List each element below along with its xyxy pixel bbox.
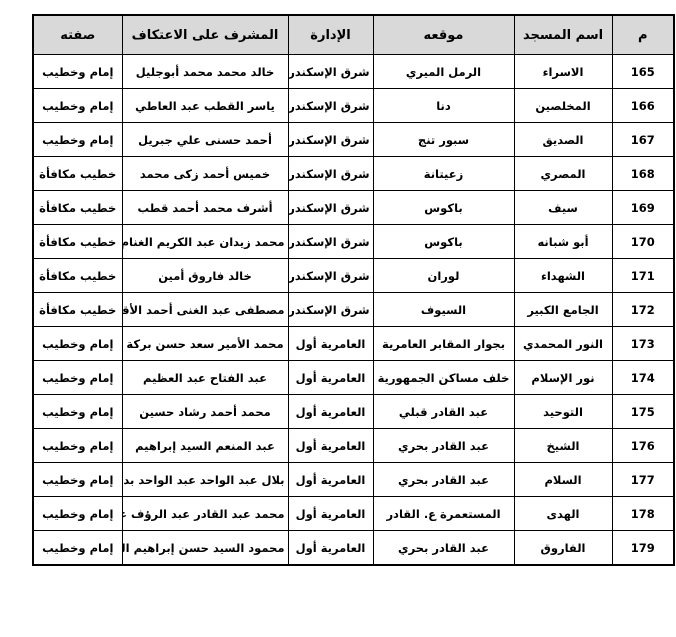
cell-mosque-name: النور المحمدي [514, 327, 612, 361]
cell-number: 176 [612, 429, 674, 463]
cell-number: 177 [612, 463, 674, 497]
cell-location: زعيتانة [373, 157, 514, 191]
cell-itikaf-supervisor: خالد فاروق أمين [122, 259, 288, 293]
cell-itikaf-supervisor: محمد أحمد رشاد حسين [122, 395, 288, 429]
cell-itikaf-supervisor: عبد المنعم السيد إبراهيم [122, 429, 288, 463]
table-row: 167الصديقسبور تنجشرق الإسكندريةأحمد حسنى… [33, 123, 674, 157]
cell-role: خطيب مكافأة [33, 225, 122, 259]
table-row: 169سيفباكوسشرق الإسكندريةأشرف محمد أحمد … [33, 191, 674, 225]
cell-location: الرمل الميري [373, 55, 514, 89]
cell-mosque-name: الشيخ [514, 429, 612, 463]
cell-number: 170 [612, 225, 674, 259]
table-row: 170أبو شبانهباكوسشرق الإسكندريةمحمد زيدا… [33, 225, 674, 259]
table-row: 174نور الإسلامخلف مساكن الجمهوريةالعامري… [33, 361, 674, 395]
header-mosque-name: اسم المسجد [514, 15, 612, 55]
cell-number: 174 [612, 361, 674, 395]
cell-role: خطيب مكافأة [33, 157, 122, 191]
cell-number: 173 [612, 327, 674, 361]
table-row: 173النور المحمديبجوار المقابر العامريةال… [33, 327, 674, 361]
cell-itikaf-supervisor: محمود السيد حسن إبراهيم الصباغ [122, 531, 288, 566]
cell-role: إمام وخطيب [33, 89, 122, 123]
cell-mosque-name: الشهداء [514, 259, 612, 293]
cell-itikaf-supervisor: ياسر القطب عبد العاطي [122, 89, 288, 123]
cell-administration: العامرية أول [288, 531, 373, 566]
table-row: 178الهدىالمستعمرة ع. القادرالعامرية أولم… [33, 497, 674, 531]
table-row: 177السلامعبد القادر بحريالعامرية أولبلال… [33, 463, 674, 497]
table-row: 175التوحيدعبد القادر قبليالعامرية أولمحم… [33, 395, 674, 429]
cell-role: إمام وخطيب [33, 123, 122, 157]
table-row: 166المخلصيندناشرق الإسكندريةياسر القطب ع… [33, 89, 674, 123]
table-row: 176الشيخعبد القادر بحريالعامرية أولعبد ا… [33, 429, 674, 463]
cell-administration: شرق الإسكندرية [288, 123, 373, 157]
cell-administration: العامرية أول [288, 463, 373, 497]
cell-mosque-name: الصديق [514, 123, 612, 157]
cell-mosque-name: نور الإسلام [514, 361, 612, 395]
table-row: 165الاسراءالرمل الميريشرق الإسكندريةخالد… [33, 55, 674, 89]
cell-location: عبد القادر بحري [373, 463, 514, 497]
cell-administration: العامرية أول [288, 497, 373, 531]
cell-itikaf-supervisor: بلال عبد الواحد عبد الواحد بدر [122, 463, 288, 497]
header-location: موقعه [373, 15, 514, 55]
cell-administration: شرق الإسكندرية [288, 225, 373, 259]
table-row: 172الجامع الكبيرالسيوفشرق الإسكندريةمصطف… [33, 293, 674, 327]
cell-itikaf-supervisor: محمد الأمير سعد حسن بركة [122, 327, 288, 361]
table-row: 171الشهداءلورانشرق الإسكندريةخالد فاروق … [33, 259, 674, 293]
cell-mosque-name: أبو شبانه [514, 225, 612, 259]
cell-role: إمام وخطيب [33, 55, 122, 89]
header-role: صفته [33, 15, 122, 55]
cell-mosque-name: التوحيد [514, 395, 612, 429]
cell-mosque-name: الهدى [514, 497, 612, 531]
cell-mosque-name: سيف [514, 191, 612, 225]
cell-itikaf-supervisor: عبد الفتاح عبد العظيم [122, 361, 288, 395]
header-itikaf-supervisor: المشرف على الاعتكاف [122, 15, 288, 55]
cell-itikaf-supervisor: خالد محمد محمد أبوجليل [122, 55, 288, 89]
document-page: م اسم المسجد موقعه الإدارة المشرف على ال… [0, 0, 676, 637]
cell-location: بجوار المقابر العامرية [373, 327, 514, 361]
cell-role: إمام وخطيب [33, 463, 122, 497]
cell-administration: العامرية أول [288, 429, 373, 463]
cell-number: 168 [612, 157, 674, 191]
cell-location: عبد القادر بحري [373, 531, 514, 566]
cell-itikaf-supervisor: خميس أحمد زكى محمد [122, 157, 288, 191]
cell-number: 167 [612, 123, 674, 157]
cell-itikaf-supervisor: محمد عبد القادر عبد الرؤف غراب [122, 497, 288, 531]
cell-itikaf-supervisor: أحمد حسنى علي جبريل [122, 123, 288, 157]
cell-mosque-name: المخلصين [514, 89, 612, 123]
cell-mosque-name: السلام [514, 463, 612, 497]
cell-administration: شرق الإسكندرية [288, 55, 373, 89]
cell-location: عبد القادر قبلي [373, 395, 514, 429]
cell-number: 165 [612, 55, 674, 89]
cell-mosque-name: الفاروق [514, 531, 612, 566]
cell-role: خطيب مكافأة [33, 259, 122, 293]
cell-administration: العامرية أول [288, 395, 373, 429]
cell-administration: شرق الإسكندرية [288, 293, 373, 327]
cell-number: 169 [612, 191, 674, 225]
header-row: م اسم المسجد موقعه الإدارة المشرف على ال… [33, 15, 674, 55]
table-row: 168المصريزعيتانةشرق الإسكندريةخميس أحمد … [33, 157, 674, 191]
cell-administration: العامرية أول [288, 327, 373, 361]
cell-location: السيوف [373, 293, 514, 327]
cell-itikaf-supervisor: أشرف محمد أحمد قطب [122, 191, 288, 225]
table-body: 165الاسراءالرمل الميريشرق الإسكندريةخالد… [33, 55, 674, 566]
cell-mosque-name: الجامع الكبير [514, 293, 612, 327]
cell-mosque-name: المصري [514, 157, 612, 191]
header-administration: الإدارة [288, 15, 373, 55]
cell-administration: شرق الإسكندرية [288, 191, 373, 225]
cell-itikaf-supervisor: مصطفى عبد الغنى أحمد الأقرع [122, 293, 288, 327]
cell-role: إمام وخطيب [33, 327, 122, 361]
cell-role: إمام وخطيب [33, 497, 122, 531]
cell-administration: شرق الإسكندرية [288, 259, 373, 293]
header-number: م [612, 15, 674, 55]
cell-administration: العامرية أول [288, 361, 373, 395]
cell-role: إمام وخطيب [33, 361, 122, 395]
cell-location: سبور تنج [373, 123, 514, 157]
cell-itikaf-supervisor: محمد زيدان عبد الكريم الغنام [122, 225, 288, 259]
cell-location: خلف مساكن الجمهورية [373, 361, 514, 395]
mosques-table: م اسم المسجد موقعه الإدارة المشرف على ال… [32, 14, 675, 566]
cell-location: لوران [373, 259, 514, 293]
cell-role: إمام وخطيب [33, 395, 122, 429]
cell-location: المستعمرة ع. القادر [373, 497, 514, 531]
cell-number: 175 [612, 395, 674, 429]
cell-role: إمام وخطيب [33, 531, 122, 566]
cell-role: خطيب مكافأة [33, 293, 122, 327]
cell-administration: شرق الإسكندرية [288, 157, 373, 191]
cell-number: 179 [612, 531, 674, 566]
cell-number: 171 [612, 259, 674, 293]
cell-number: 172 [612, 293, 674, 327]
table-row: 179الفاروقعبد القادر بحريالعامرية أولمحم… [33, 531, 674, 566]
cell-number: 178 [612, 497, 674, 531]
cell-location: باكوس [373, 191, 514, 225]
cell-location: عبد القادر بحري [373, 429, 514, 463]
cell-role: خطيب مكافأة [33, 191, 122, 225]
cell-role: إمام وخطيب [33, 429, 122, 463]
table-header: م اسم المسجد موقعه الإدارة المشرف على ال… [33, 15, 674, 55]
cell-administration: شرق الإسكندرية [288, 89, 373, 123]
cell-number: 166 [612, 89, 674, 123]
cell-location: باكوس [373, 225, 514, 259]
cell-location: دنا [373, 89, 514, 123]
cell-mosque-name: الاسراء [514, 55, 612, 89]
